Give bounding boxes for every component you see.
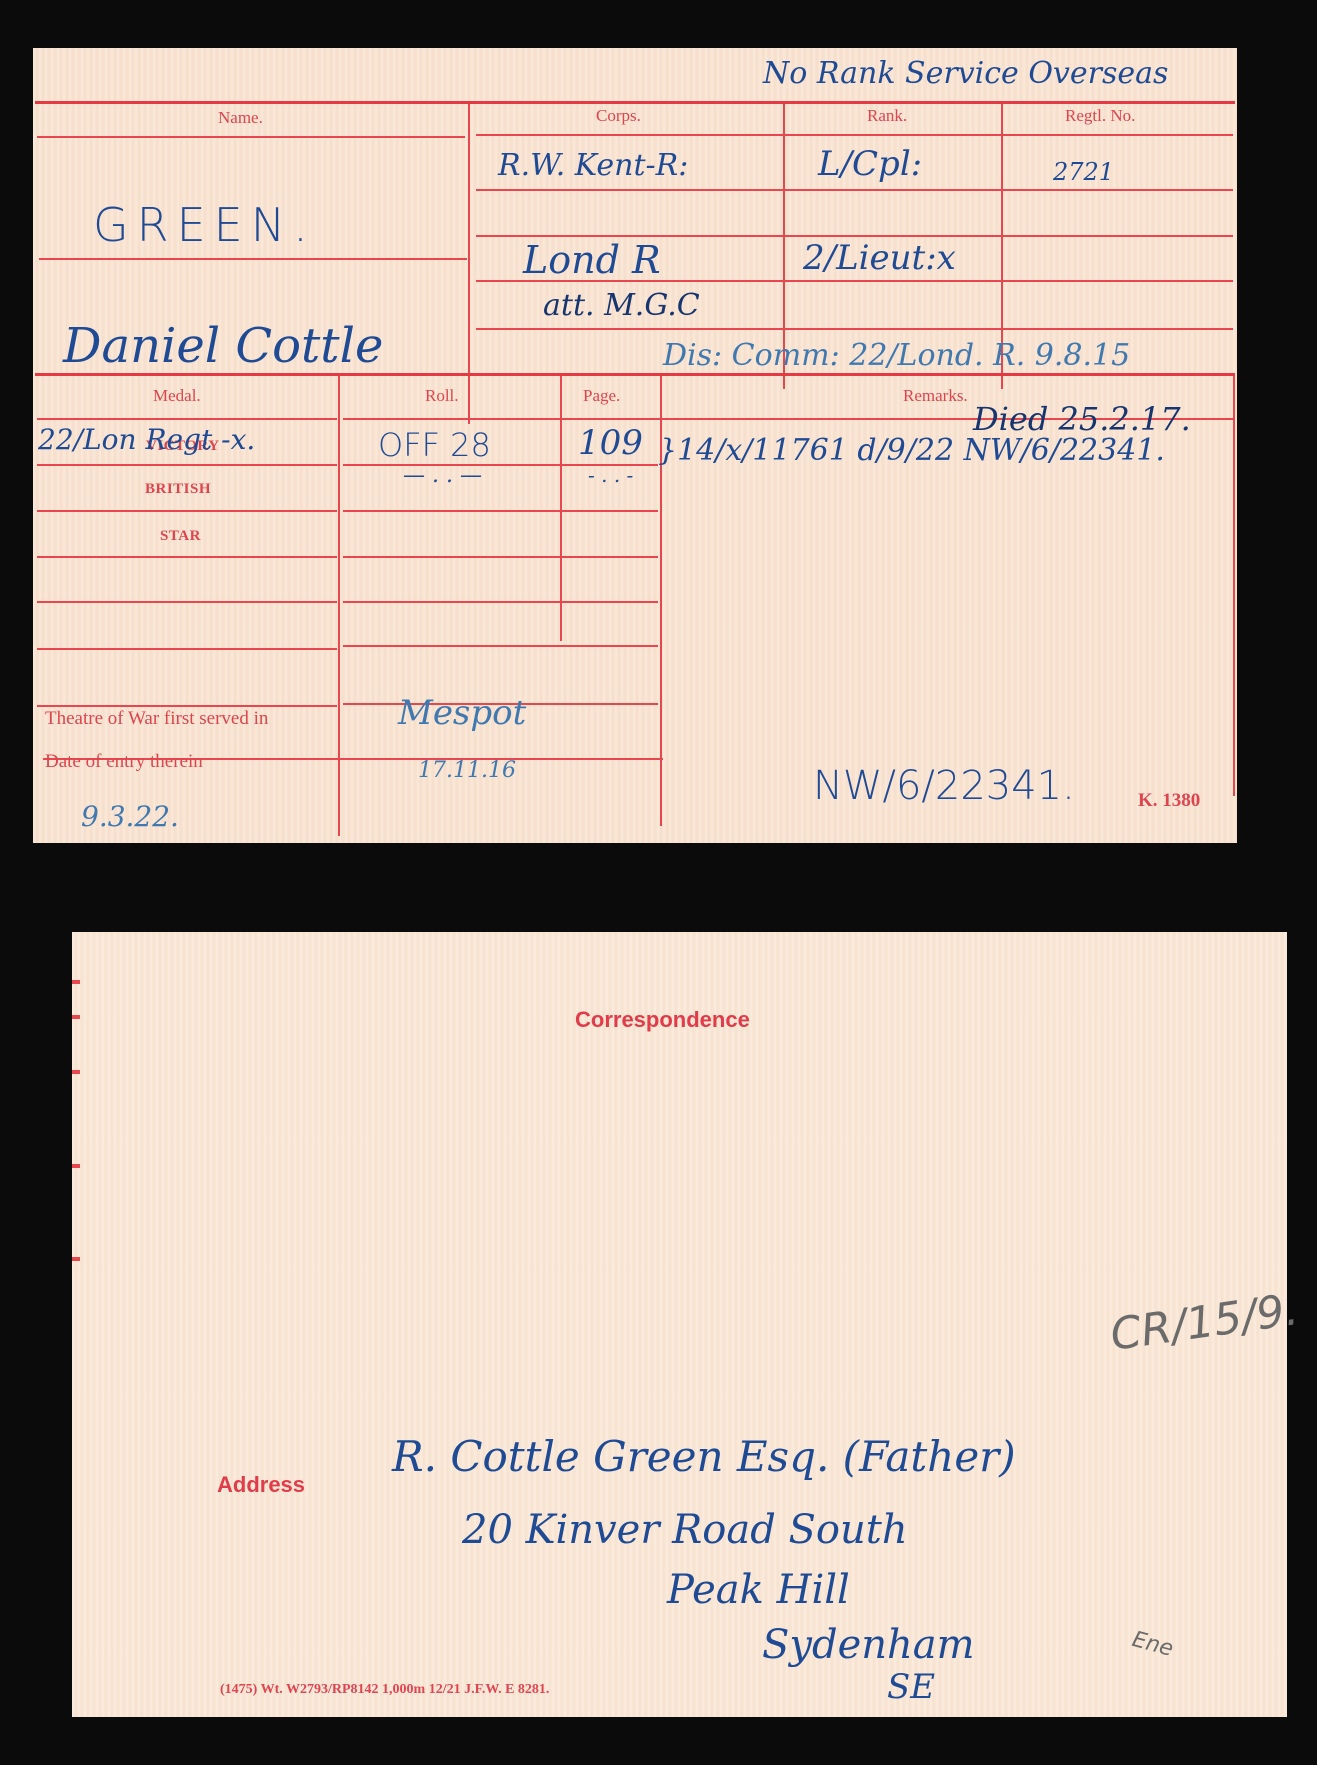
divider	[343, 645, 658, 647]
printer-line: (1475) Wt. W2793/RP8142 1,000m 12/21 J.F…	[220, 1682, 549, 1698]
victory-page: 109	[578, 423, 643, 463]
medal-index-card-front: No Rank Service Overseas Name. Corps. Ra…	[33, 48, 1237, 843]
divider	[37, 556, 337, 558]
margin-tick	[72, 1164, 80, 1168]
divider	[37, 601, 337, 603]
victory-roll: OFF 28	[378, 426, 491, 464]
header-regtl-no: Regtl. No.	[1065, 106, 1135, 126]
pencil-note: CR/15/9.	[1107, 1284, 1301, 1361]
header-name: Name.	[218, 108, 263, 128]
divider	[39, 258, 467, 260]
header-roll: Roll.	[425, 386, 459, 406]
divider	[37, 418, 337, 420]
divider	[35, 101, 1235, 104]
bottom-date: 9.3.22.	[81, 800, 179, 833]
rank-row-2: 2/Lieut:x	[803, 238, 956, 278]
divider	[476, 134, 1233, 136]
correspondence-title: Correspondence	[575, 1007, 750, 1033]
margin-tick	[72, 1015, 80, 1019]
divider	[343, 601, 658, 603]
header-page: Page.	[583, 386, 620, 406]
british-page: - . . -	[588, 463, 633, 487]
regtl-no-row-1: 2721	[1053, 158, 1114, 186]
header-rank: Rank.	[867, 106, 907, 126]
divider	[37, 648, 337, 650]
divider	[476, 189, 1233, 191]
surname: GREEN.	[93, 198, 316, 252]
commission-note: Dis: Comm: 22/Lond. R. 9.8.15	[663, 338, 1130, 373]
divider	[37, 136, 465, 138]
address-line-1: R. Cottle Green Esq. (Father)	[392, 1432, 1016, 1481]
divider	[468, 104, 470, 424]
divider	[343, 556, 658, 558]
entry-date-value: 17.11.16	[418, 758, 516, 783]
remarks-reference: }14/x/11761 d/9/22 NW/6/22341.	[658, 433, 1165, 468]
initials: Ene	[1129, 1627, 1175, 1662]
divider	[37, 510, 337, 512]
victory-annotation: 22/Lon Regt -x.	[38, 423, 255, 456]
theatre-value: Mespot	[398, 693, 526, 733]
header-annotation: No Rank Service Overseas	[763, 56, 1168, 91]
divider	[343, 510, 658, 512]
divider	[37, 464, 337, 466]
medal-star: STAR	[160, 528, 201, 545]
rank-row-1: L/Cpl:	[818, 144, 922, 184]
divider	[1233, 376, 1235, 796]
reference-number: NW/6/22341.	[813, 763, 1075, 809]
divider	[35, 373, 1235, 376]
margin-tick	[72, 980, 80, 984]
divider	[476, 235, 1233, 237]
corps-row-3: att. M.G.C	[543, 288, 700, 323]
address-line-5: SE	[887, 1667, 935, 1707]
medal-index-card-back: Correspondence CR/15/9. Address R. Cottl…	[72, 932, 1287, 1717]
address-label: Address	[217, 1472, 305, 1498]
form-number: K. 1380	[1138, 790, 1200, 812]
divider	[476, 328, 1233, 330]
header-medal: Medal.	[153, 386, 201, 406]
divider	[37, 705, 337, 707]
corps-row-2: Lond R	[523, 238, 661, 282]
entry-date-label: Date of entry therein	[45, 751, 203, 773]
header-corps: Corps.	[596, 106, 641, 126]
address-line-3: Peak Hill	[667, 1567, 850, 1613]
corps-row-1: R.W. Kent-R:	[498, 148, 688, 183]
theatre-label: Theatre of War first served in	[45, 708, 268, 730]
medal-british: BRITISH	[145, 481, 211, 498]
address-line-2: 20 Kinver Road South	[462, 1507, 908, 1553]
remarks-died: Died 25.2.17.	[973, 400, 1191, 438]
margin-tick	[72, 1070, 80, 1074]
british-roll: — . . —	[403, 463, 482, 488]
address-line-4: Sydenham	[762, 1622, 975, 1668]
forenames: Daniel Cottle	[63, 318, 383, 374]
divider	[338, 376, 340, 836]
header-remarks: Remarks.	[903, 386, 968, 406]
margin-tick	[72, 1257, 80, 1261]
